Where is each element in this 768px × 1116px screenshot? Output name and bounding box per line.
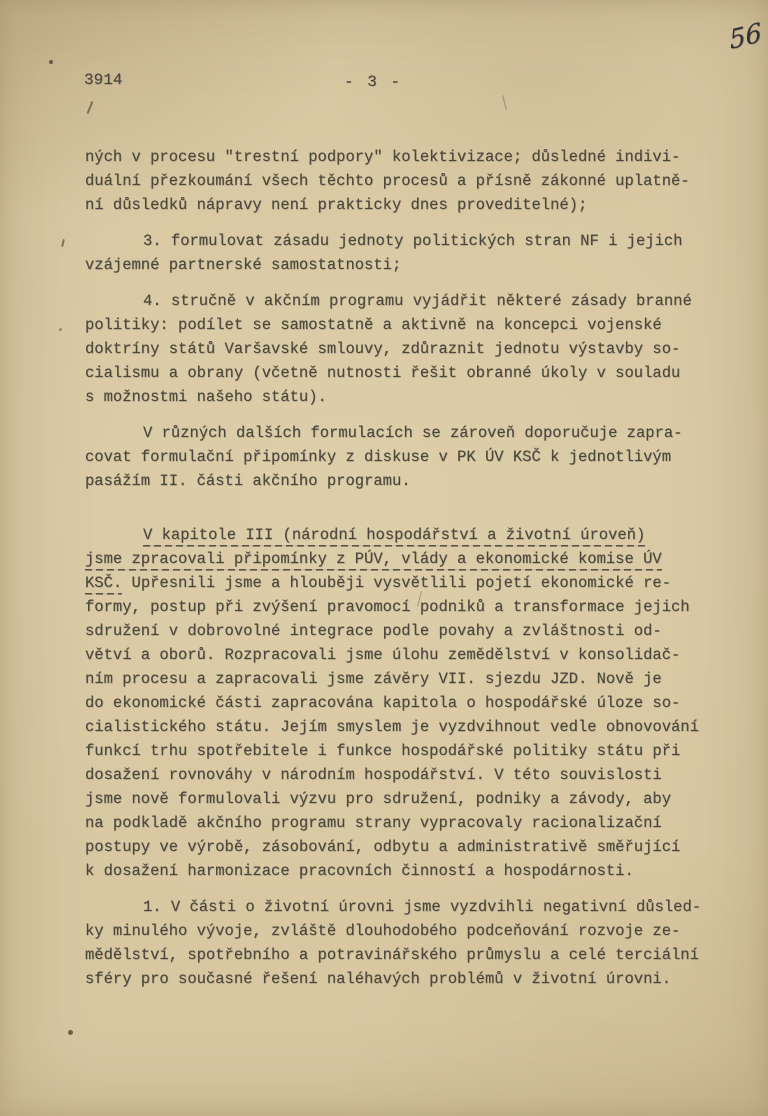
text-line: ním procesu a zapracovali jsme závěry VI… xyxy=(85,667,733,691)
text-line: ní důsledků nápravy není prakticky dnes … xyxy=(85,193,733,217)
text-line: postupy ve výrobě, zásobování, odbytu a … xyxy=(85,835,733,859)
text-line: V kapitole III (národní hospodářství a ž… xyxy=(85,523,733,547)
handwritten-annotation: 56 xyxy=(728,18,763,56)
text-line: 3. formulovat zásadu jednoty politických… xyxy=(85,229,733,253)
paragraph-3: 4. stručně v akčním programu vyjádřit ně… xyxy=(85,289,733,409)
paper-speck xyxy=(87,101,93,114)
text-line: sdružení v dobrovolné integrace podle po… xyxy=(85,619,733,643)
paper-speck xyxy=(68,1030,73,1035)
text-line: na podkladě akčního programu strany vypr… xyxy=(85,811,733,835)
text-line: sféry pro současné řešení naléhavých pro… xyxy=(85,967,733,991)
text-line: 4. stručně v akčním programu vyjádřit ně… xyxy=(85,289,733,313)
text-line: jsme nově formulovali výzvu pro sdružení… xyxy=(85,787,733,811)
text-line: cialismu a obrany (včetně nutnosti řešit… xyxy=(85,361,733,385)
text-line: pasážím II. části akčního programu. xyxy=(85,469,733,493)
text-line: formy, postup při zvýšení pravomocí podn… xyxy=(85,595,733,619)
text-line: doktríny států Varšavské smlouvy, zdůraz… xyxy=(85,337,733,361)
text-line: jsme zpracovali připomínky z PÚV, vlády … xyxy=(85,547,733,571)
paper-speck xyxy=(502,95,507,110)
text-line: s možnostmi našeho státu). xyxy=(85,385,733,409)
paper-speck xyxy=(49,60,53,64)
text-line: k dosažení harmonizace pracovních činnos… xyxy=(85,859,733,883)
text-line: větví a oborů. Rozpracovali jsme úlohu z… xyxy=(85,643,733,667)
paragraph-2: 3. formulovat zásadu jednoty politických… xyxy=(85,229,733,277)
text-line: vzájemné partnerské samostatnosti; xyxy=(85,253,733,277)
text-segment: Upřesnili jsme a hlouběji vysvětlili poj… xyxy=(122,574,671,592)
paragraph-6: 1. V části o životní úrovni jsme vyzdvih… xyxy=(85,895,733,991)
text-line: cialistického státu. Jejím smyslem je vy… xyxy=(85,715,733,739)
paragraph-4: V různých dalších formulacích se zároveň… xyxy=(85,421,733,493)
paper-speck xyxy=(59,328,62,331)
text-line: do ekonomické části zapracována kapitola… xyxy=(85,691,733,715)
text-line: 1. V části o životní úrovni jsme vyzdvih… xyxy=(85,895,733,919)
text-line: politiky: podílet se samostatně a aktivn… xyxy=(85,313,733,337)
paper-speck xyxy=(61,239,65,247)
text-line: dosažení rovnováhy v národním hospodářst… xyxy=(85,763,733,787)
text-line: ky minulého vývoje, zvláště dlouhodobého… xyxy=(85,919,733,943)
document-body: ných v procesu "trestní podpory" kolekti… xyxy=(85,145,733,991)
text-line: covat formulační připomínky z diskuse v … xyxy=(85,445,733,469)
underlined-heading-segment: KSČ. xyxy=(85,574,122,595)
underlined-heading-segment: V kapitole III (národní hospodářství a ž… xyxy=(143,526,645,547)
document-number: 3914 xyxy=(84,71,122,89)
text-line: ných v procesu "trestní podpory" kolekti… xyxy=(85,145,733,169)
text-line: mědělství, spotřebního a potravinářského… xyxy=(85,943,733,967)
text-line: V různých dalších formulacích se zároveň… xyxy=(85,421,733,445)
paragraph-5: V kapitole III (národní hospodářství a ž… xyxy=(85,523,733,883)
text-line: KSČ. Upřesnili jsme a hlouběji vysvětlil… xyxy=(85,571,733,595)
underlined-heading-segment: jsme zpracovali připomínky z PÚV, vlády … xyxy=(85,550,662,571)
paragraph-1: ných v procesu "trestní podpory" kolekti… xyxy=(85,145,733,217)
text-line: funkcí trhu spotřebitele i funkce hospod… xyxy=(85,739,733,763)
document-page: 3914 - 3 - 56 ných v procesu "trestní po… xyxy=(0,0,768,1116)
text-line: duální přezkoumání všech těchto procesů … xyxy=(85,169,733,193)
page-number: - 3 - xyxy=(344,73,402,91)
